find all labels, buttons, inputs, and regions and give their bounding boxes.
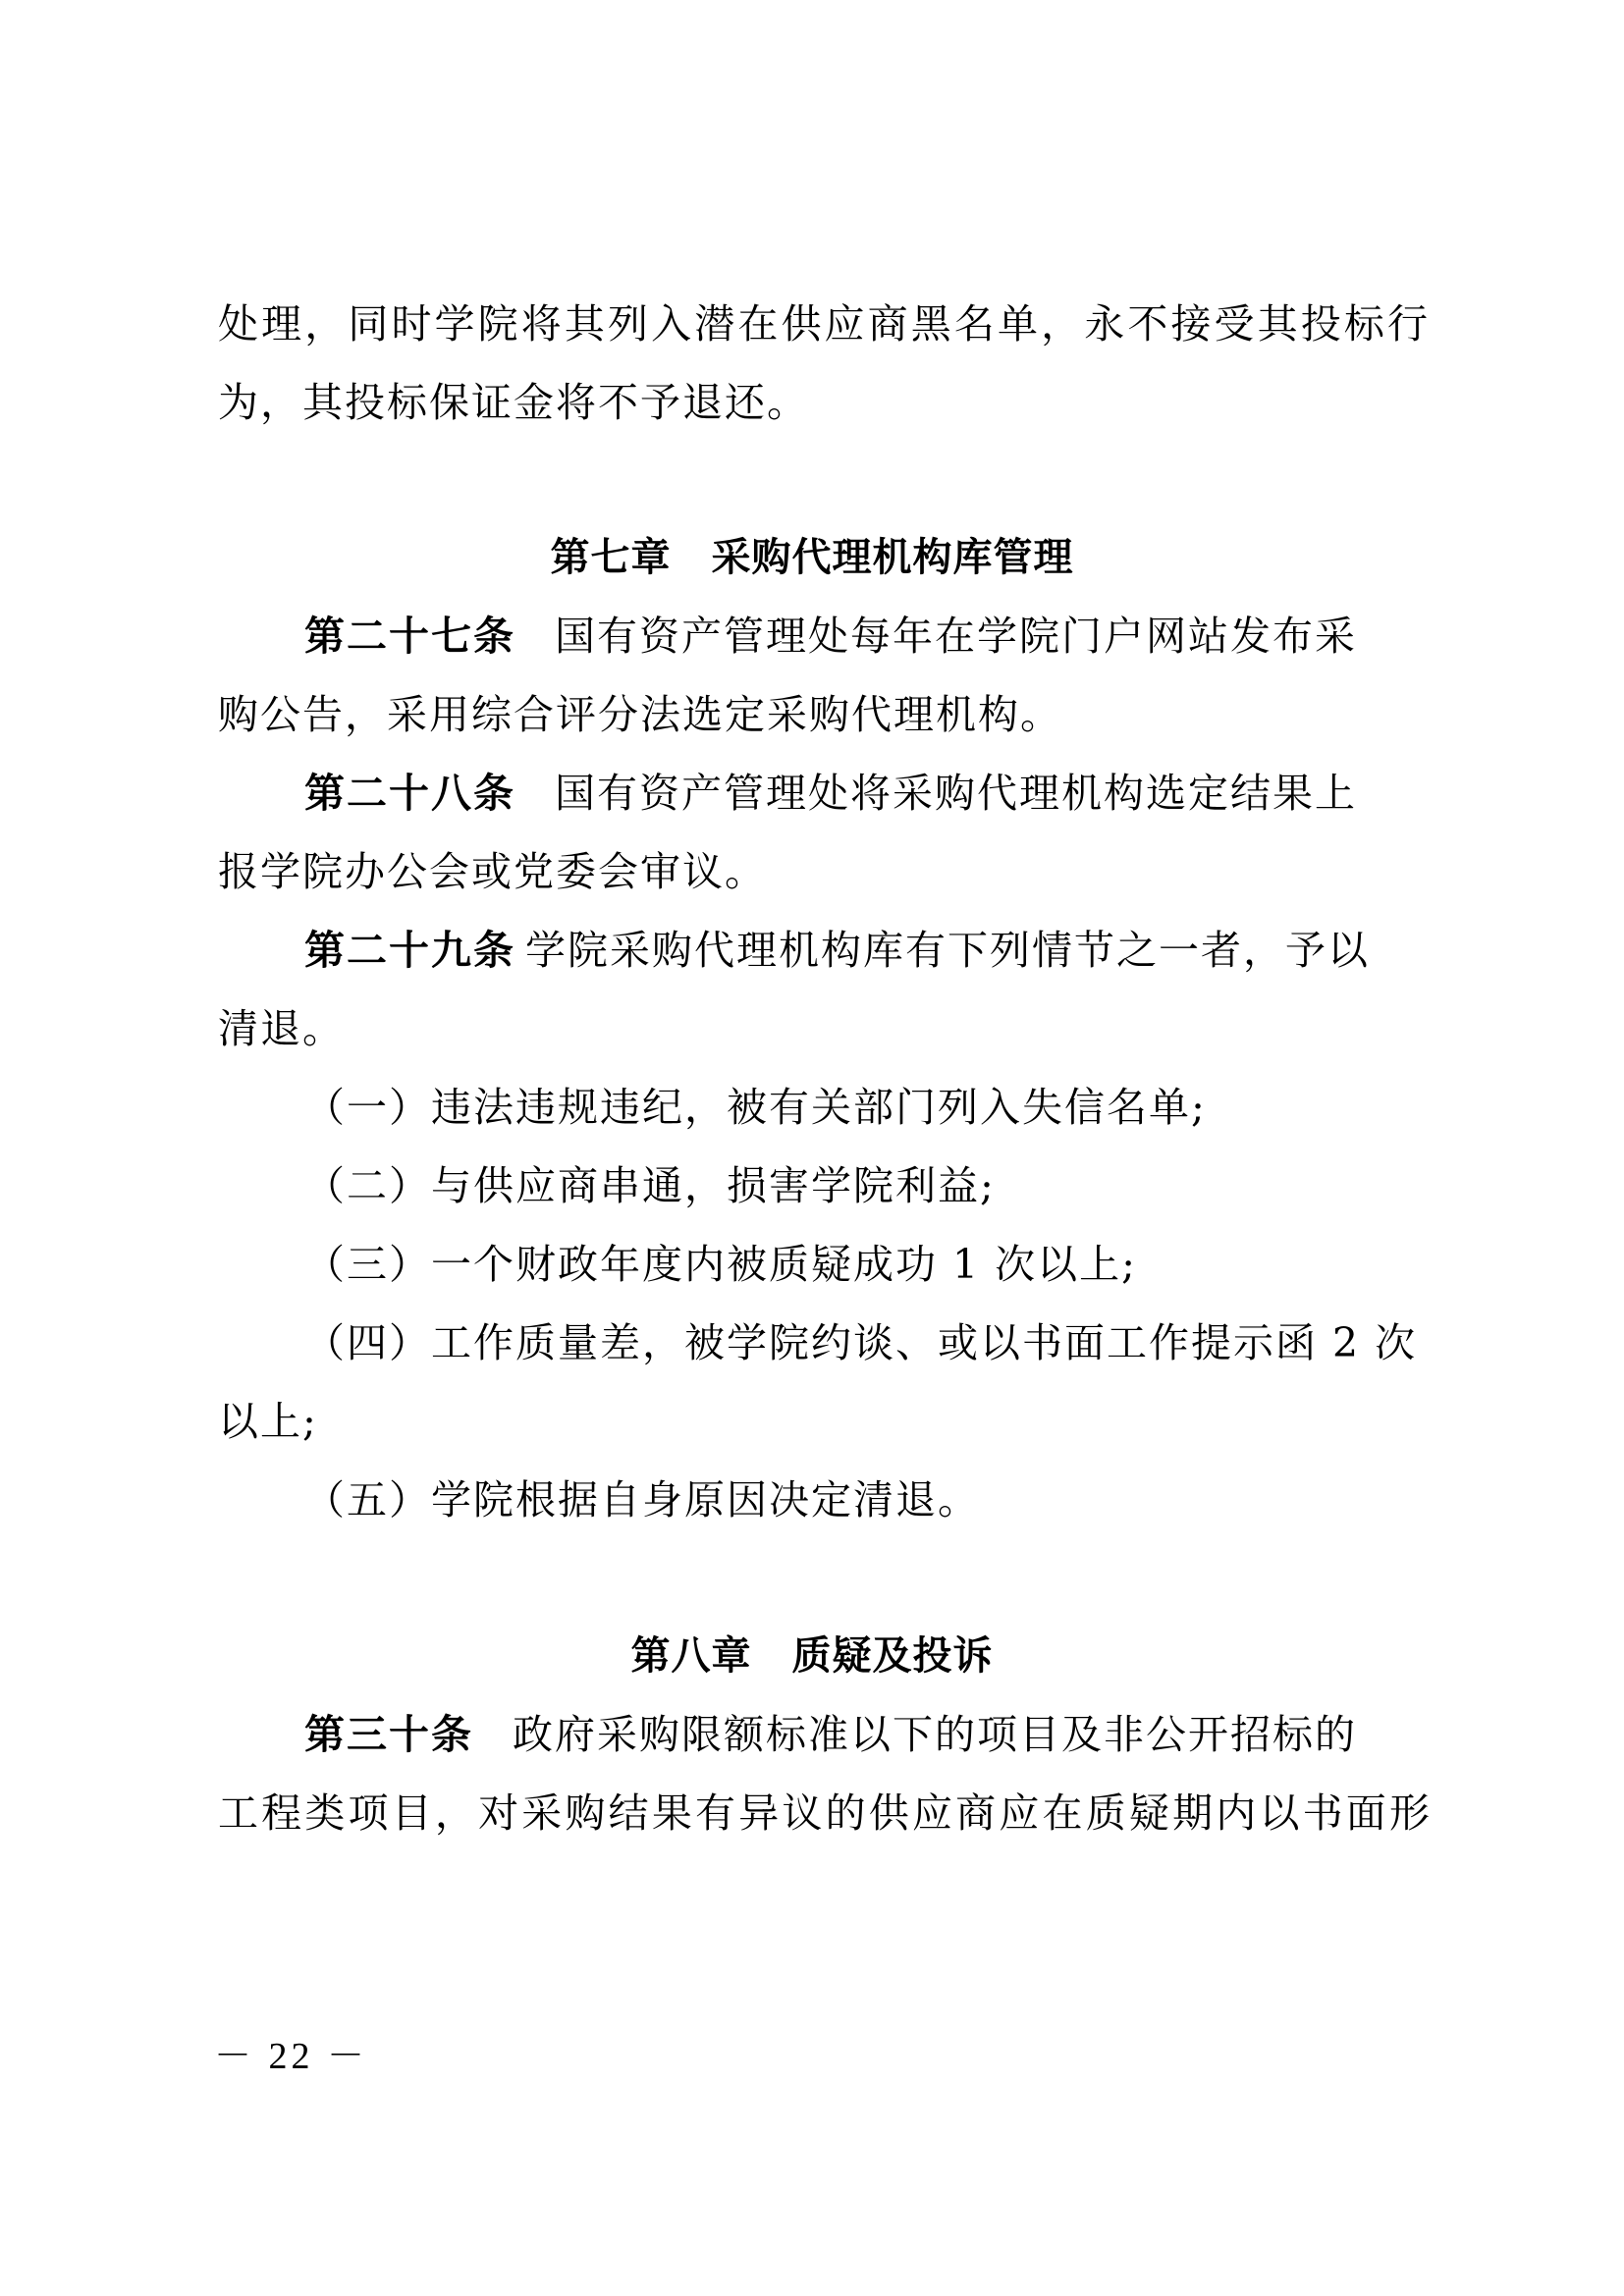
list-item: （二）与供应商串通，损害学院利益; [304,1161,1516,1210]
body-text-line: 为，其投标保证金将不予退还。 [218,378,1430,427]
article-29: 第二十九条学院采购代理机构库有下列情节之一者，予以 [304,926,1430,975]
body-text-line: 处理，同时学院将其列入潜在供应商黑名单，永不接受其投标行 [218,299,1430,348]
chapter-heading: 第八章 质疑及投诉 [0,1631,1624,1681]
article-label: 第三十条 [304,1711,473,1758]
body-text-line: 清退。 [218,1004,1430,1053]
list-item: （三）一个财政年度内被质疑成功 1 次以上; [304,1240,1516,1289]
article-27: 第二十七条国有资产管理处每年在学院门户网站发布采 [304,612,1430,661]
list-item: （五）学院根据自身原因决定清退。 [304,1475,1516,1524]
article-text: 国有资产管理处将采购代理机构选定结果上 [555,770,1357,817]
article-text: 学院采购代理机构库有下列情节之一者，予以 [525,927,1370,974]
body-text-line: 工程类项目，对采购结果有异议的供应商应在质疑期内以书面形 [218,1789,1430,1838]
article-30: 第三十条政府采购限额标准以下的项目及非公开招标的 [304,1710,1430,1759]
list-item-continuation: 以上; [218,1397,1430,1446]
chapter-heading: 第七章 采购代理机构库管理 [0,533,1624,582]
document-page: 处理，同时学院将其列入潜在供应商黑名单，永不接受其投标行 为，其投标保证金将不予… [0,0,1624,2296]
page-number: － 22 － [214,2032,368,2081]
article-label: 第二十七条 [304,613,515,660]
list-item: （四）工作质量差，被学院约谈、或以书面工作提示函 2 次 [304,1318,1516,1367]
article-text: 国有资产管理处每年在学院门户网站发布采 [555,613,1357,660]
body-text-line: 购公告，采用综合评分法选定采购代理机构。 [218,690,1430,739]
article-28: 第二十八条国有资产管理处将采购代理机构选定结果上 [304,769,1430,818]
body-text-line: 报学院办公会或党委会审议。 [218,847,1430,896]
list-item: （一）违法违规违纪，被有关部门列入失信名单; [304,1083,1516,1132]
article-text: 政府采购限额标准以下的项目及非公开招标的 [513,1711,1357,1758]
article-label: 第二十八条 [304,770,515,817]
article-label: 第二十九条 [304,927,515,974]
